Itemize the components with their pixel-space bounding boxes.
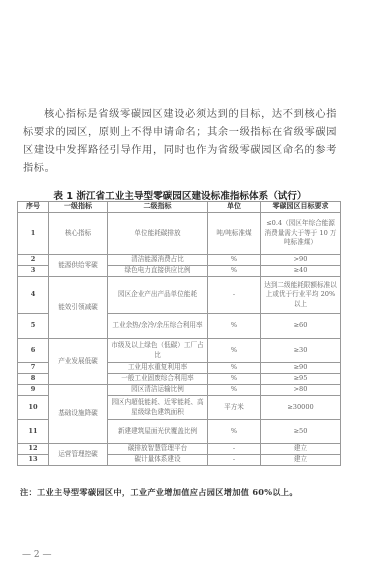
row-no: 6 xyxy=(18,339,49,363)
row-indicator: 新建建筑屋面光伏覆盖比例 xyxy=(108,420,208,444)
row-unit: - xyxy=(208,277,261,314)
row-no: 3 xyxy=(18,266,49,277)
row-indicator: 工业用水重复利用率 xyxy=(108,363,208,374)
table-header-row: 序号 一级指标 二级指标 单位 零碳园区目标要求 xyxy=(18,202,341,213)
row-no: 10 xyxy=(18,396,49,420)
row-target: >90 xyxy=(261,255,341,266)
header-unit: 单位 xyxy=(208,202,261,213)
row-target: 达到二级能耗限额标准以上或优于行业平均 20%以上 xyxy=(261,277,341,314)
row-unit: % xyxy=(208,266,261,277)
row-group: 产业发展低碳 xyxy=(49,339,108,385)
table-row: 6 产业发展低碳 市级及以上绿色（低碳）工厂占比 % ≥30 xyxy=(18,339,341,363)
row-group: 运营管理控碳 xyxy=(49,444,108,466)
page-number: — 2 — xyxy=(22,550,51,560)
row-no: 12 xyxy=(18,444,49,455)
paragraph-text: 核心指标是省级零碳园区建设必须达到的目标，达不到核心指标要求的园区，原则上不得申… xyxy=(23,106,337,178)
row-unit: % xyxy=(208,255,261,266)
row-group: 能效引领减碳 xyxy=(49,277,108,339)
header-level1: 一级指标 xyxy=(49,202,108,213)
row-group: 基础设施降碳 xyxy=(49,385,108,444)
table-note: 注：工业主导型零碳园区中，工业产业增加值应占园区增加值 60%以上。 xyxy=(20,487,380,498)
row-target: ≥30 xyxy=(261,339,341,363)
row-target: ≥50 xyxy=(261,420,341,444)
indicator-table: 序号 一级指标 二级指标 单位 零碳园区目标要求 1 核心指标 单位能耗碳排放 … xyxy=(17,201,341,466)
row-no: 5 xyxy=(18,314,49,339)
row-unit: % xyxy=(208,385,261,396)
table-row: 2 能源供给零碳 清洁能源消费占比 % >90 xyxy=(18,255,341,266)
row-no: 4 xyxy=(18,277,49,314)
row-no: 9 xyxy=(18,385,49,396)
row-target: ≥90 xyxy=(261,363,341,374)
header-target: 零碳园区目标要求 xyxy=(261,202,341,213)
header-level2: 二级指标 xyxy=(108,202,208,213)
table-row: 12 运营管理控碳 碳排放智慧管理平台 - 建立 xyxy=(18,444,341,455)
row-indicator: 市级及以上绿色（低碳）工厂占比 xyxy=(108,339,208,363)
row-group: 能源供给零碳 xyxy=(49,255,108,277)
row-unit: % xyxy=(208,339,261,363)
row-indicator: 一般工业固废综合利用率 xyxy=(108,374,208,385)
row-indicator: 工业余热/余冷/余压综合利用率 xyxy=(108,314,208,339)
table-row: 9 基础设施降碳 园区清洁运输比例 % >80 xyxy=(18,385,341,396)
row-unit: - xyxy=(208,455,261,466)
row-target: >80 xyxy=(261,385,341,396)
row-unit: % xyxy=(208,314,261,339)
row-no: 1 xyxy=(18,213,49,255)
body-paragraph: 核心指标是省级零碳园区建设必须达到的目标，达不到核心指标要求的园区，原则上不得申… xyxy=(23,106,337,178)
row-indicator: 绿色电力直接供应比例 xyxy=(108,266,208,277)
table-row: 4 能效引领减碳 园区企业产出产品单位能耗 - 达到二级能耗限额标准以上或优于行… xyxy=(18,277,341,314)
row-target: ≥30000 xyxy=(261,396,341,420)
row-no: 7 xyxy=(18,363,49,374)
table-caption: 表 1 浙江省工业主导型零碳园区建设标准指标体系（试行） xyxy=(0,188,360,202)
row-indicator: 园区内超低能耗、近零能耗、高星级绿色建筑面积 xyxy=(108,396,208,420)
row-no: 11 xyxy=(18,420,49,444)
row-target: 建立 xyxy=(261,455,341,466)
row-no: 13 xyxy=(18,455,49,466)
row-unit: 吨/吨标准煤 xyxy=(208,213,261,255)
row-indicator: 清洁能源消费占比 xyxy=(108,255,208,266)
row-unit: 平方米 xyxy=(208,396,261,420)
row-group: 核心指标 xyxy=(49,213,108,255)
row-unit: % xyxy=(208,374,261,385)
row-target: ≥95 xyxy=(261,374,341,385)
row-target: ≤0.4（园区年综合能源消费量需大于等于 10 万吨标准煤） xyxy=(261,213,341,255)
row-indicator: 单位能耗碳排放 xyxy=(108,213,208,255)
row-unit: % xyxy=(208,420,261,444)
row-indicator: 园区企业产出产品单位能耗 xyxy=(108,277,208,314)
row-target: 建立 xyxy=(261,444,341,455)
row-no: 8 xyxy=(18,374,49,385)
row-no: 2 xyxy=(18,255,49,266)
table-row: 1 核心指标 单位能耗碳排放 吨/吨标准煤 ≤0.4（园区年综合能源消费量需大于… xyxy=(18,213,341,255)
row-target: ≥40 xyxy=(261,266,341,277)
row-indicator: 园区清洁运输比例 xyxy=(108,385,208,396)
row-unit: - xyxy=(208,444,261,455)
row-indicator: 碳计量体系建设 xyxy=(108,455,208,466)
row-target: ≥60 xyxy=(261,314,341,339)
header-no: 序号 xyxy=(18,202,49,213)
row-indicator: 碳排放智慧管理平台 xyxy=(108,444,208,455)
row-unit: % xyxy=(208,363,261,374)
